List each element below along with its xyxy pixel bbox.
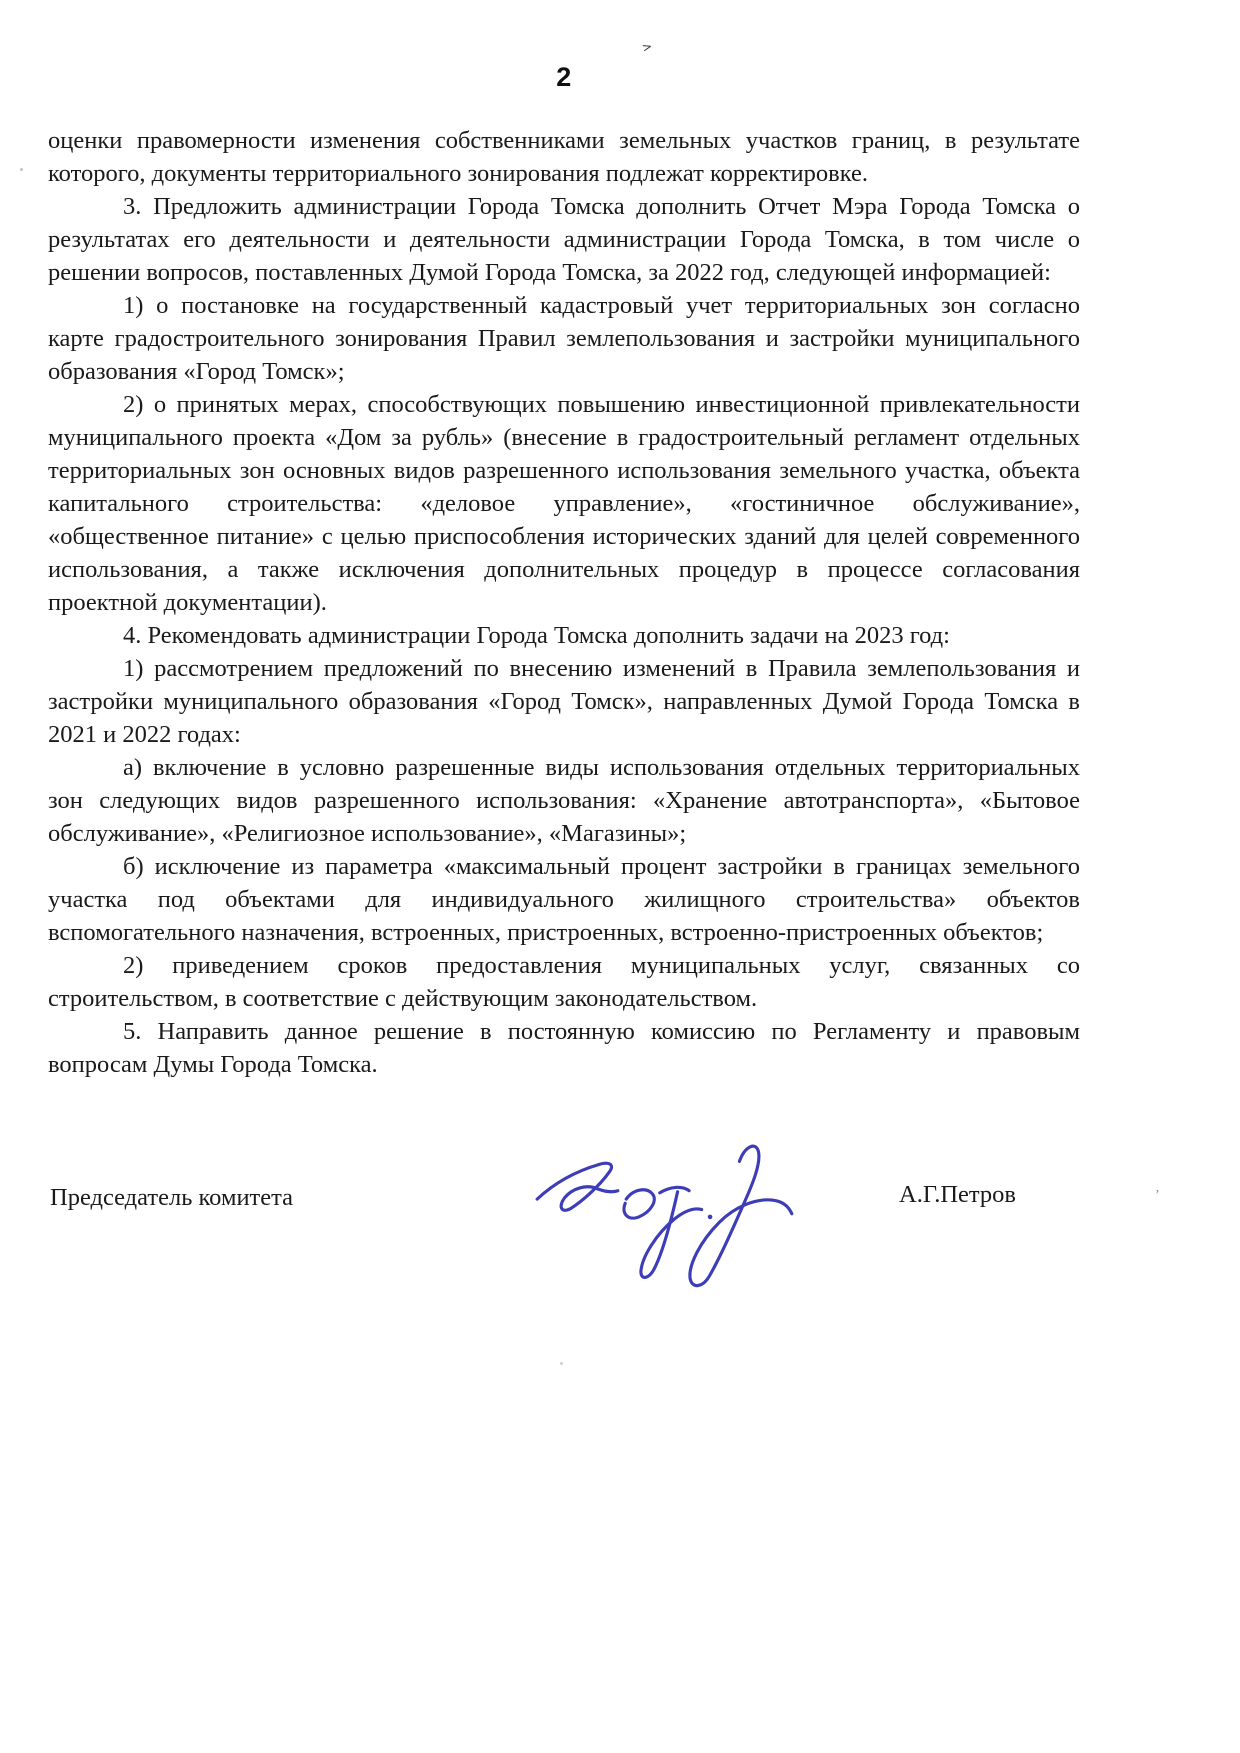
paragraph-item-3-1: 1) о постановке на государственный кадас…: [48, 289, 1080, 388]
signatory-name: А.Г.Петров: [899, 1181, 1016, 1209]
paragraph-item-4: 4. Рекомендовать администрации Города То…: [48, 619, 1080, 652]
handwritten-signature-icon: [534, 1138, 796, 1300]
signatory-position-label: Председатель комитета: [50, 1184, 293, 1212]
paragraph-item-5: 5. Направить данное решение в постоянную…: [48, 1015, 1080, 1081]
scanned-document-page: { "page": { "number": "2" }, "document":…: [0, 0, 1240, 1753]
paragraph-item-3: 3. Предложить администрации Города Томск…: [48, 190, 1080, 289]
signature-strokes: [537, 1146, 792, 1285]
paragraph-item-4-1b: б) исключение из параметра «максимальный…: [48, 850, 1080, 949]
paragraph-item-4-2: 2) приведением сроков предоставления мун…: [48, 949, 1080, 1015]
scan-artifact-bottom-dot: [560, 1362, 563, 1365]
page-number: 2: [48, 62, 1080, 93]
paragraph-item-4-1a: а) включение в условно разрешенные виды …: [48, 751, 1080, 850]
paragraph-item-4-1: 1) рассмотрением предложений по внесению…: [48, 652, 1080, 751]
scan-artifact-left-dot: [20, 168, 23, 171]
document-body: оценки правомерности изменения собственн…: [48, 124, 1080, 1081]
paragraph-continuation: оценки правомерности изменения собственн…: [48, 124, 1080, 190]
scan-artifact-top: >: [640, 39, 653, 55]
paragraph-item-3-2: 2) о принятых мерах, способствующих повы…: [48, 388, 1080, 619]
